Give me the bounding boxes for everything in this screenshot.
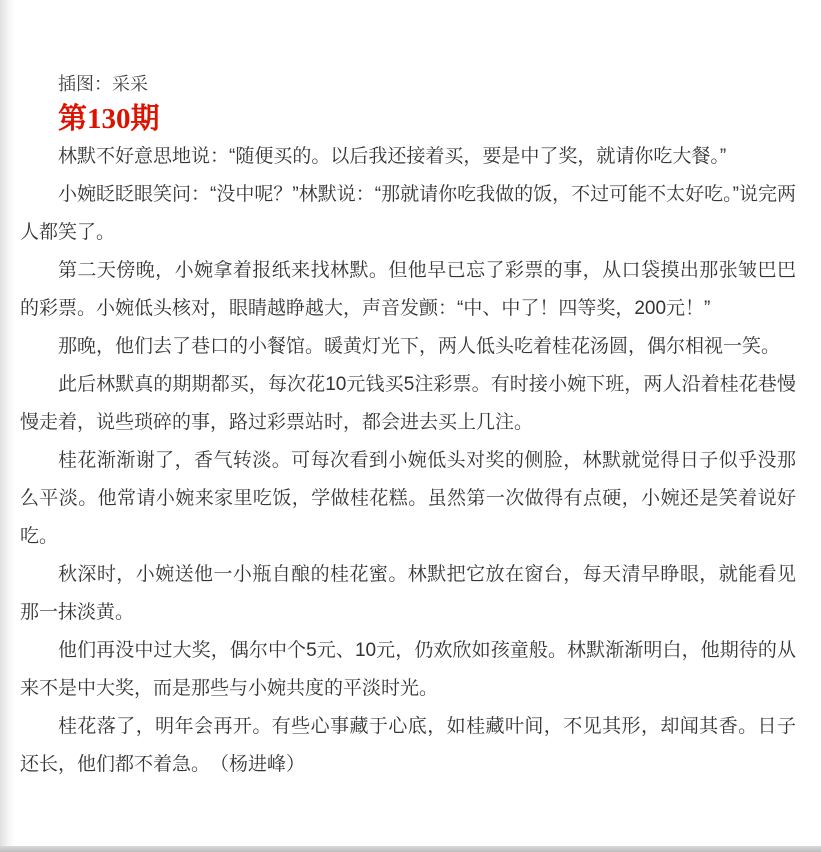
article-body: 林默不好意思地说：“随便买的。以后我还接着买，要是中了奖，就请你吃大餐。” 小婉… (20, 138, 796, 784)
issue-title: 第130期 (58, 102, 796, 136)
paragraph: 他们再没中过大奖，偶尔中个5元、10元，仍欢欣如孩童般。林默渐渐明白，他期待的从… (20, 632, 796, 708)
paragraph: 此后林默真的期期都买，每次花10元钱买5注彩票。有时接小婉下班，两人沿着桂花巷慢… (20, 366, 796, 442)
page-bottom-shadow (0, 846, 821, 852)
article-content: 插图：采采 第130期 林默不好意思地说：“随便买的。以后我还接着买，要是中了奖… (20, 72, 796, 784)
paragraph: 第二天傍晚，小婉拿着报纸来找林默。但他早已忘了彩票的事，从口袋摸出那张皱巴巴的彩… (20, 252, 796, 328)
page-left-shadow (0, 0, 15, 852)
illustration-credit: 插图：采采 (58, 72, 796, 96)
paragraph: 那晚，他们去了巷口的小餐馆。暖黄灯光下，两人低头吃着桂花汤圆，偶尔相视一笑。 (20, 328, 796, 366)
paragraph: 林默不好意思地说：“随便买的。以后我还接着买，要是中了奖，就请你吃大餐。” (20, 138, 796, 176)
paragraph: 桂花渐渐谢了，香气转淡。可每次看到小婉低头对奖的侧脸，林默就觉得日子似乎没那么平… (20, 442, 796, 556)
paragraph: 秋深时，小婉送他一小瓶自酿的桂花蜜。林默把它放在窗台，每天清早睁眼，就能看见那一… (20, 556, 796, 632)
paragraph: 桂花落了，明年会再开。有些心事藏于心底，如桂藏叶间，不见其形，却闻其香。日子还长… (20, 708, 796, 784)
document-page: 插图：采采 第130期 林默不好意思地说：“随便买的。以后我还接着买，要是中了奖… (0, 0, 821, 852)
paragraph: 小婉眨眨眼笑问：“没中呢？”林默说：“那就请你吃我做的饭，不过可能不太好吃。”说… (20, 176, 796, 252)
